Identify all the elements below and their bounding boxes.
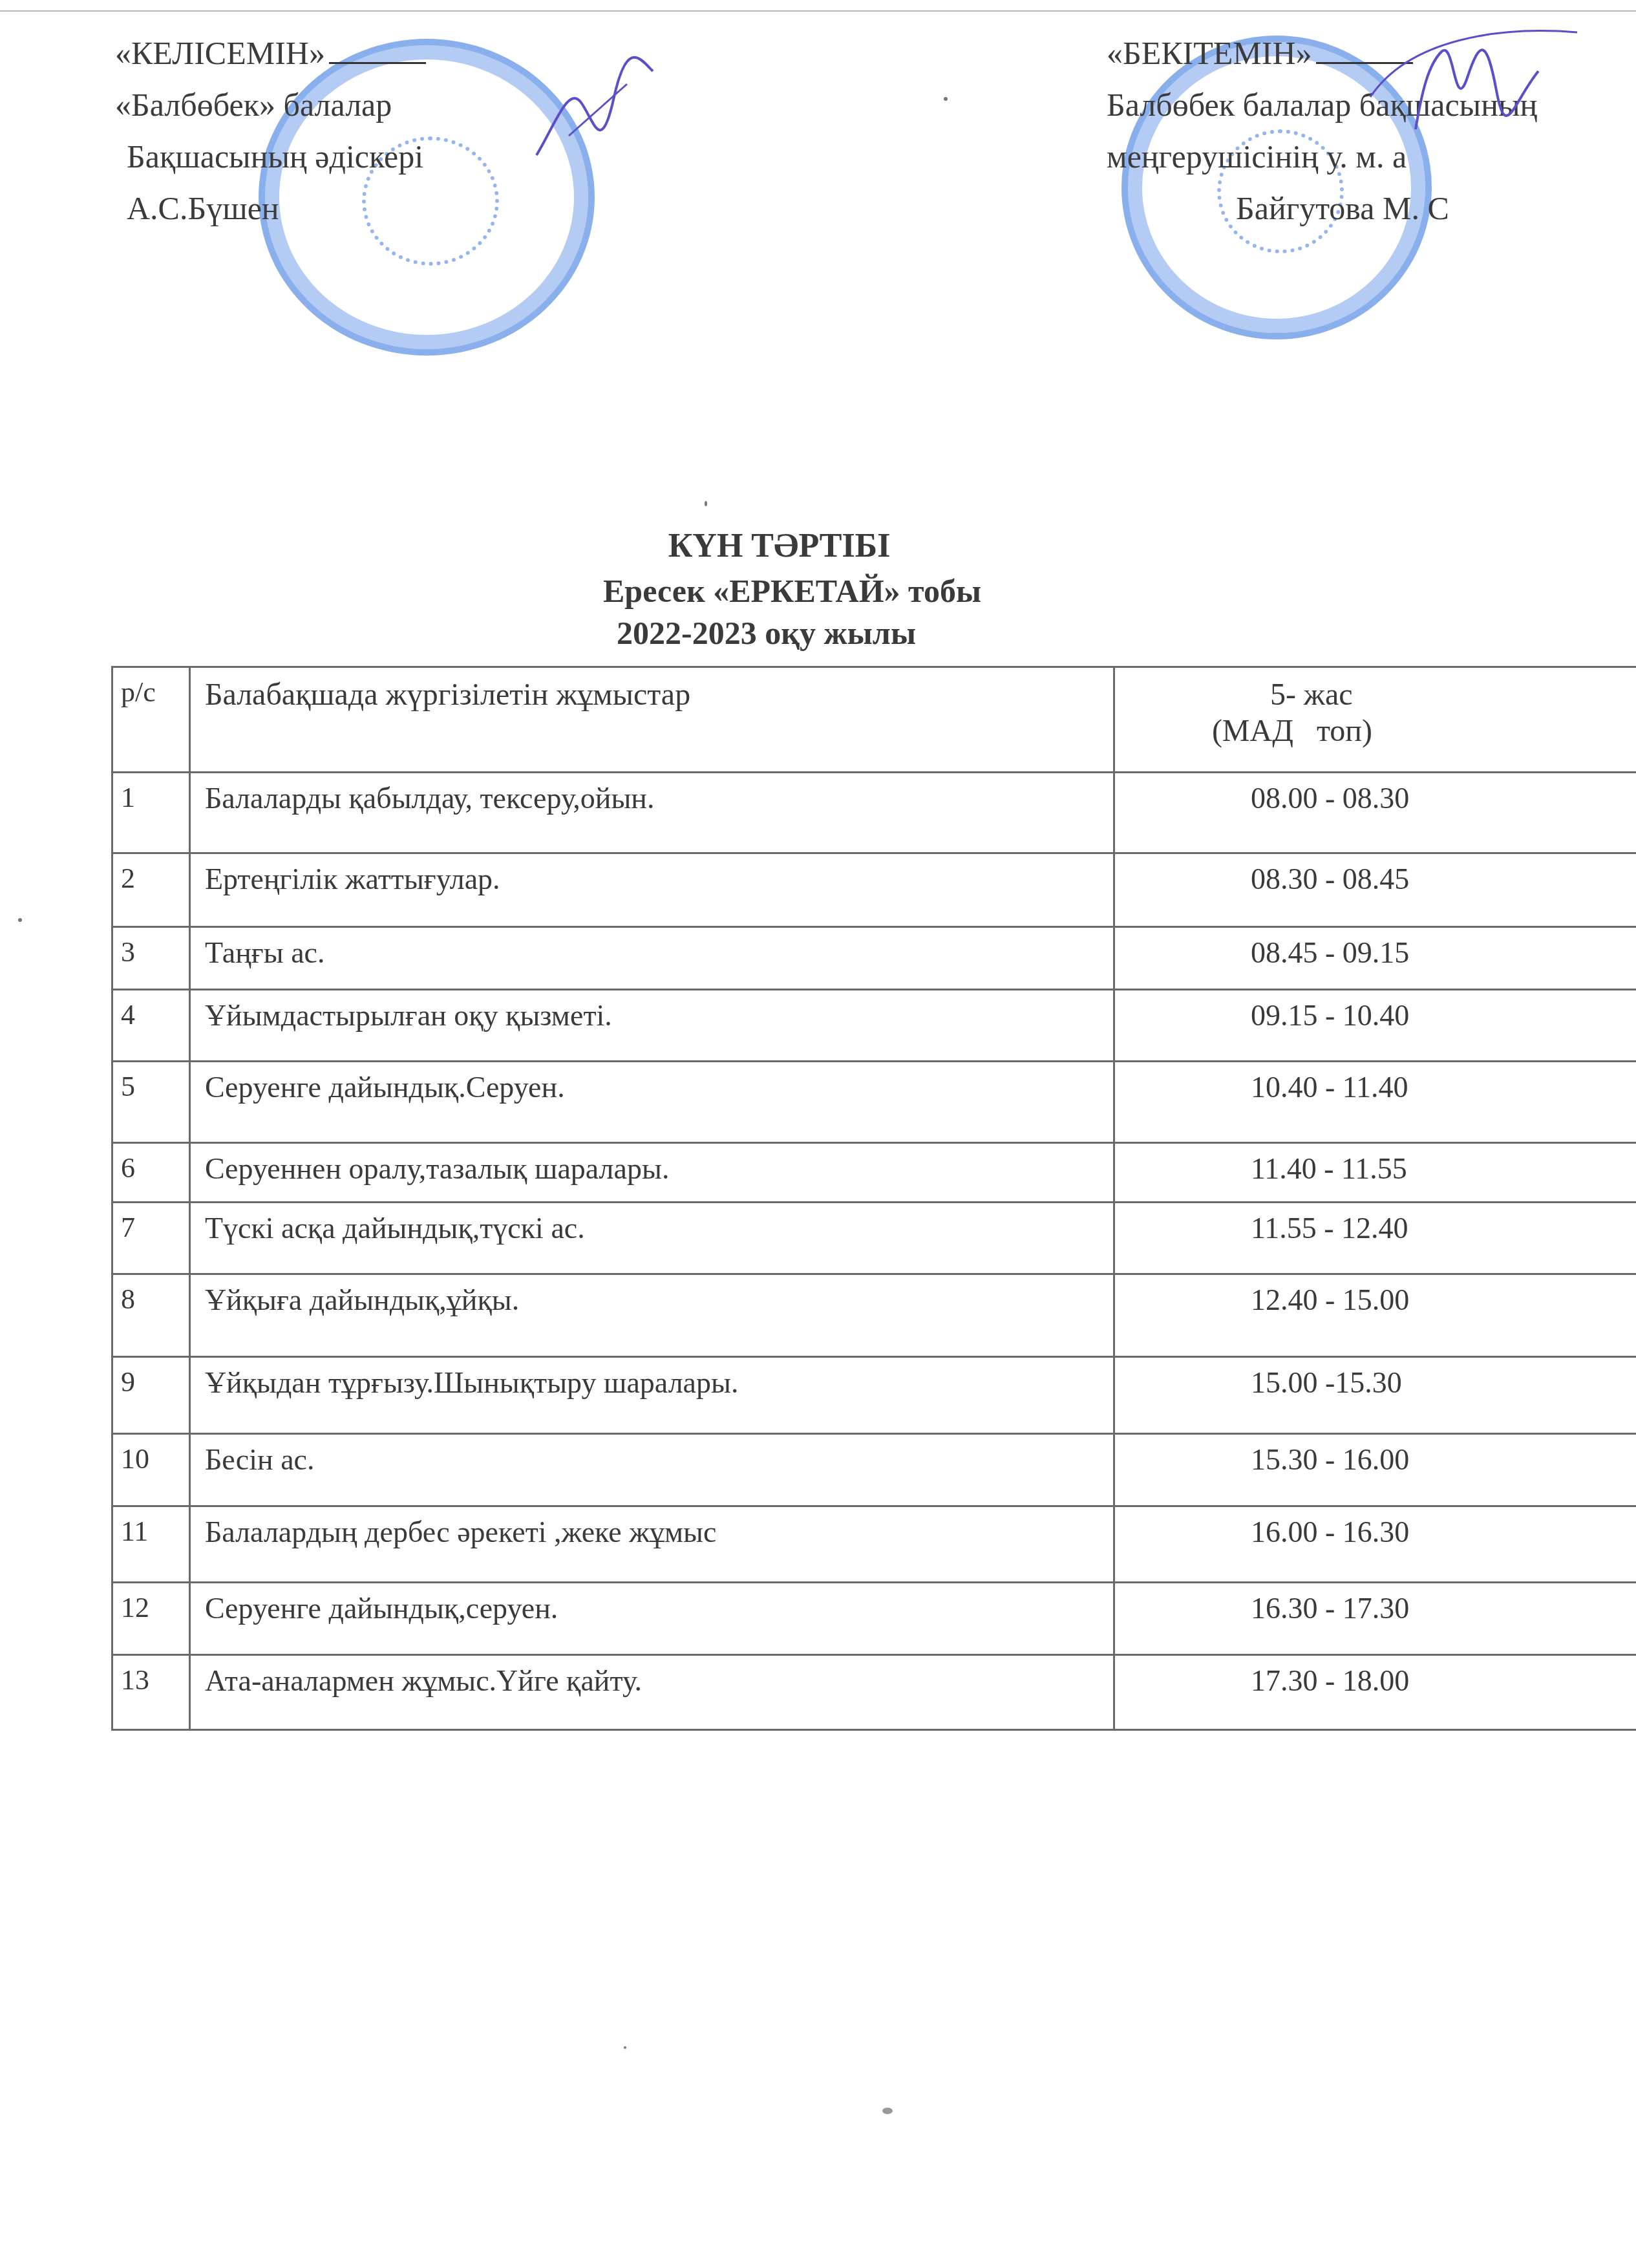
group-name: Ересек «ЕРКЕТАЙ» тобы: [0, 572, 1610, 610]
table-row: 6Серуеннен оралу,тазалық шаралары.11.40 …: [112, 1143, 1636, 1203]
row-time: 12.40 - 15.00: [1114, 1274, 1636, 1357]
table-row: 4Ұйымдастырылған оқу қызметі.09.15 - 10.…: [112, 990, 1636, 1062]
scan-speck: [18, 918, 22, 922]
table-row: 2Ертеңгілік жаттығулар.08.30 - 08.45: [112, 853, 1636, 927]
row-number: 3: [112, 927, 190, 990]
row-activity: Ұйқыға дайындық,ұйқы.: [189, 1274, 1114, 1357]
header-group-type: (МАД топ): [1212, 714, 1372, 748]
row-activity: Таңғы ас.: [189, 927, 1114, 990]
row-number: 4: [112, 990, 190, 1062]
row-activity: Ұйқыдан тұрғызу.Шынықтыру шаралары.: [189, 1357, 1114, 1434]
row-time: 11.40 - 11.55: [1114, 1143, 1636, 1203]
row-number: 13: [112, 1655, 190, 1730]
row-activity: Серуеннен оралу,тазалық шаралары.: [189, 1143, 1114, 1203]
row-number: 9: [112, 1357, 190, 1434]
approval-approved-heading: «БЕКІТЕМІН»: [1107, 35, 1312, 71]
row-number: 11: [112, 1506, 190, 1583]
table-row: 1Балаларды қабылдау, тексеру,ойын.08.00 …: [112, 773, 1636, 853]
scan-speck: [944, 97, 948, 101]
row-number: 5: [112, 1062, 190, 1143]
row-activity: Балалардың дербес әрекеті ,жеке жұмыс: [189, 1506, 1114, 1583]
row-activity: Балаларды қабылдау, тексеру,ойын.: [189, 773, 1114, 853]
approval-agreed-heading-line: «КЕЛІСЕМІН»: [115, 27, 426, 79]
approval-approved-position: меңгерушісінің у. м. а: [1107, 131, 1537, 182]
row-time: 15.00 -15.30: [1114, 1357, 1636, 1434]
approval-block-approved: «БЕКІТЕМІН» Балбөбек балалар бақшасының …: [1107, 27, 1537, 234]
row-number: 2: [112, 853, 190, 927]
table-row: 12Серуенге дайындық,серуен.16.30 - 17.30: [112, 1583, 1636, 1655]
approval-agreed-name: А.С.Бүшен: [115, 182, 426, 234]
daily-schedule-table: р/с Балабақшада жүргізілетін жұмыстар 5-…: [111, 666, 1636, 1731]
approval-agreed-position: Бақшасының әдіскері: [115, 131, 426, 182]
row-activity: Ұйымдастырылған оқу қызметі.: [189, 990, 1114, 1062]
row-time: 11.55 - 12.40: [1114, 1203, 1636, 1274]
scan-speck: [882, 2108, 893, 2114]
approval-approved-name: Байгутова М. С: [1107, 182, 1537, 234]
row-activity: Ертеңгілік жаттығулар.: [189, 853, 1114, 927]
row-number: 6: [112, 1143, 190, 1203]
row-time: 16.00 - 16.30: [1114, 1506, 1636, 1583]
row-number: 7: [112, 1203, 190, 1274]
scan-speck: [624, 2046, 626, 2049]
row-activity: Серуенге дайындық.Серуен.: [189, 1062, 1114, 1143]
document-title: КҮН ТӘРТІБІ: [0, 527, 1597, 565]
table-row: 11Балалардың дербес әрекеті ,жеке жұмыс1…: [112, 1506, 1636, 1583]
header-num: р/с: [112, 667, 190, 773]
row-time: 09.15 - 10.40: [1114, 990, 1636, 1062]
row-number: 1: [112, 773, 190, 853]
table-header-row: р/с Балабақшада жүргізілетін жұмыстар 5-…: [112, 667, 1636, 773]
row-time: 10.40 - 11.40: [1114, 1062, 1636, 1143]
row-time: 08.00 - 08.30: [1114, 773, 1636, 853]
row-time: 15.30 - 16.00: [1114, 1434, 1636, 1506]
row-activity: Бесін ас.: [189, 1434, 1114, 1506]
scan-speck: [705, 501, 707, 506]
row-time: 16.30 - 17.30: [1114, 1583, 1636, 1655]
signature-line: [1316, 62, 1413, 64]
academic-year: 2022-2023 оқу жылы: [0, 614, 1584, 652]
row-number: 8: [112, 1274, 190, 1357]
table-row: 7Түскі асқа дайындық,түскі ас.11.55 - 12…: [112, 1203, 1636, 1274]
table-row: 10Бесін ас.15.30 - 16.00: [112, 1434, 1636, 1506]
table-row: 13Ата-аналармен жұмыс.Үйге қайту.17.30 -…: [112, 1655, 1636, 1730]
approval-approved-org: Балбөбек балалар бақшасының: [1107, 79, 1537, 131]
row-time: 17.30 - 18.00: [1114, 1655, 1636, 1730]
table-row: 5Серуенге дайындық.Серуен.10.40 - 11.40: [112, 1062, 1636, 1143]
approval-block-agreed: «КЕЛІСЕМІН» «Балбөбек» балалар Бақшасыны…: [115, 27, 426, 234]
signature-line: [329, 62, 426, 64]
row-time: 08.30 - 08.45: [1114, 853, 1636, 927]
row-number: 10: [112, 1434, 190, 1506]
scan-edge-line: [0, 10, 1636, 12]
header-work: Балабақшада жүргізілетін жұмыстар: [189, 667, 1114, 773]
row-time: 08.45 - 09.15: [1114, 927, 1636, 990]
table-row: 9Ұйқыдан тұрғызу.Шынықтыру шаралары.15.0…: [112, 1357, 1636, 1434]
row-number: 12: [112, 1583, 190, 1655]
row-activity: Серуенге дайындық,серуен.: [189, 1583, 1114, 1655]
table-row: 8Ұйқыға дайындық,ұйқы.12.40 - 15.00: [112, 1274, 1636, 1357]
row-activity: Түскі асқа дайындық,түскі ас.: [189, 1203, 1114, 1274]
table-body: 1Балаларды қабылдау, тексеру,ойын.08.00 …: [112, 773, 1636, 1730]
table-row: 3Таңғы ас.08.45 - 09.15: [112, 927, 1636, 990]
header-age: 5- жас: [1212, 677, 1636, 713]
approval-approved-heading-line: «БЕКІТЕМІН»: [1107, 27, 1537, 79]
signature-left-icon: [530, 45, 659, 175]
row-activity: Ата-аналармен жұмыс.Үйге қайту.: [189, 1655, 1114, 1730]
header-age-group: 5- жас (МАД топ): [1114, 667, 1636, 773]
approval-agreed-org: «Балбөбек» балалар: [115, 79, 426, 131]
approval-agreed-heading: «КЕЛІСЕМІН»: [115, 35, 325, 71]
